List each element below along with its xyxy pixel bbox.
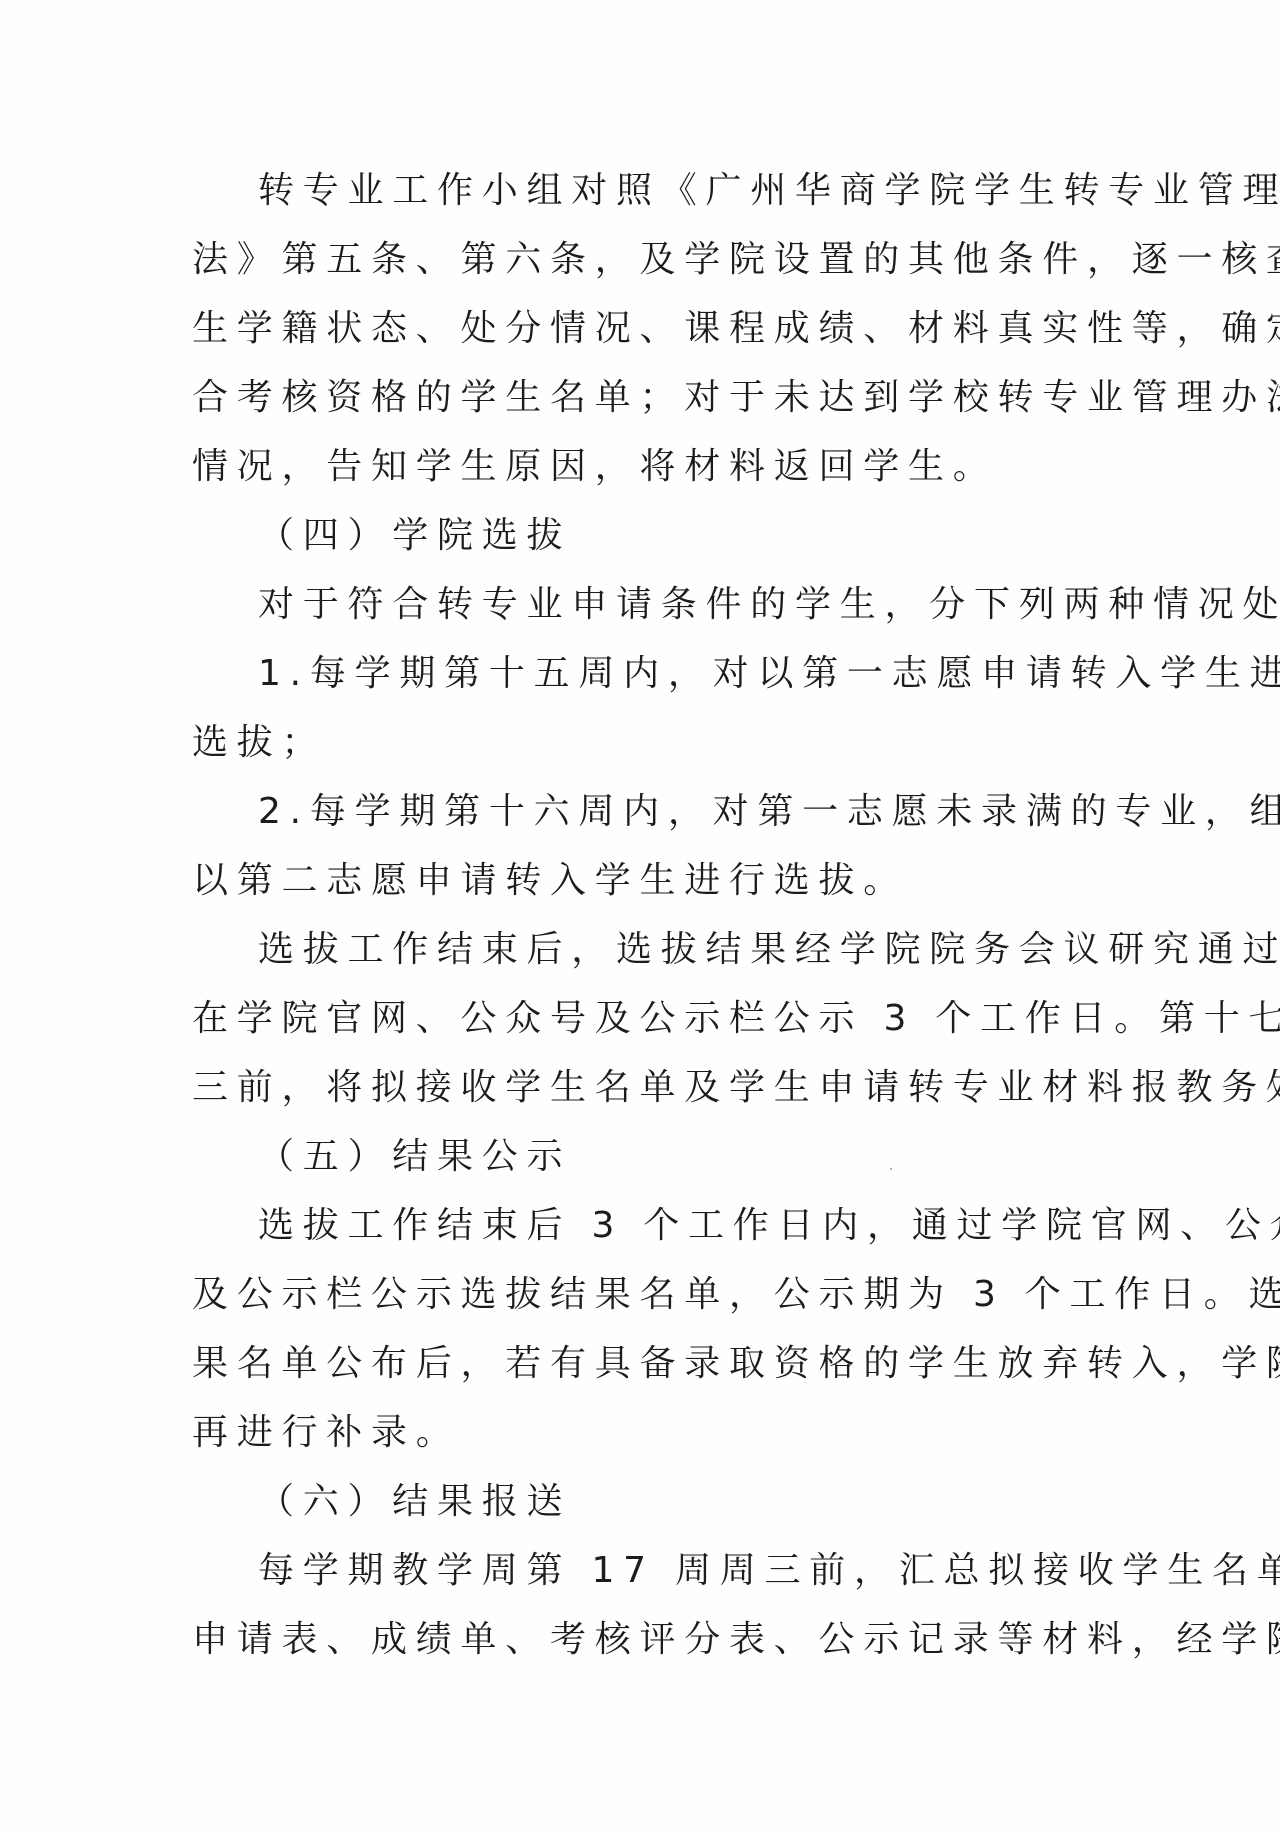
- paragraph-line: 再进行补录。: [192, 1398, 1092, 1467]
- document-body: 转专业工作小组对照《广州华商学院学生转专业管理办 法》第五条、第六条，及学院设置…: [192, 156, 1092, 1674]
- paragraph-line: 合考核资格的学生名单；对于未达到学校转专业管理办法的: [192, 363, 1092, 432]
- paragraph-line: 选拔工作结束后，选拔结果经学院院务会议研究通过后: [192, 915, 1092, 984]
- paragraph-line: 每学期教学周第 17 周周三前，汇总拟接收学生名单、: [192, 1536, 1092, 1605]
- paragraph-line: 情况，告知学生原因，将材料返回学生。: [192, 432, 1092, 501]
- paragraph-line: 生学籍状态、处分情况、课程成绩、材料真实性等，确定符: [192, 294, 1092, 363]
- paragraph-line: 对于符合转专业申请条件的学生，分下列两种情况处理：: [192, 570, 1092, 639]
- paragraph-line: 在学院官网、公众号及公示栏公示 3 个工作日。第十七周周: [192, 984, 1092, 1053]
- document-page: 转专业工作小组对照《广州华商学院学生转专业管理办 法》第五条、第六条，及学院设置…: [0, 0, 1280, 1830]
- paragraph-line: 及公示栏公示选拔结果名单，公示期为 3 个工作日。选拔结: [192, 1260, 1092, 1329]
- scan-speck: [890, 1168, 892, 1170]
- paragraph-line: 申请表、成绩单、考核评分表、公示记录等材料，经学院负: [192, 1605, 1092, 1674]
- paragraph-line: 转专业工作小组对照《广州华商学院学生转专业管理办: [192, 156, 1092, 225]
- section-heading: （六）结果报送: [192, 1467, 1092, 1536]
- section-heading: （四）学院选拔: [192, 501, 1092, 570]
- paragraph-line: 选拔工作结束后 3 个工作日内，通过学院官网、公众号: [192, 1191, 1092, 1260]
- section-heading: （五）结果公示: [192, 1122, 1092, 1191]
- list-item-line: 选拔；: [192, 708, 1092, 777]
- list-item-line: 2.每学期第十六周内，对第一志愿未录满的专业，组织: [192, 777, 1092, 846]
- paragraph-line: 三前，将拟接收学生名单及学生申请转专业材料报教务处。: [192, 1053, 1092, 1122]
- list-item-line: 以第二志愿申请转入学生进行选拔。: [192, 846, 1092, 915]
- paragraph-line: 法》第五条、第六条，及学院设置的其他条件，逐一核查学: [192, 225, 1092, 294]
- paragraph-line: 果名单公布后，若有具备录取资格的学生放弃转入，学院不: [192, 1329, 1092, 1398]
- list-item-line: 1.每学期第十五周内，对以第一志愿申请转入学生进行: [192, 639, 1092, 708]
